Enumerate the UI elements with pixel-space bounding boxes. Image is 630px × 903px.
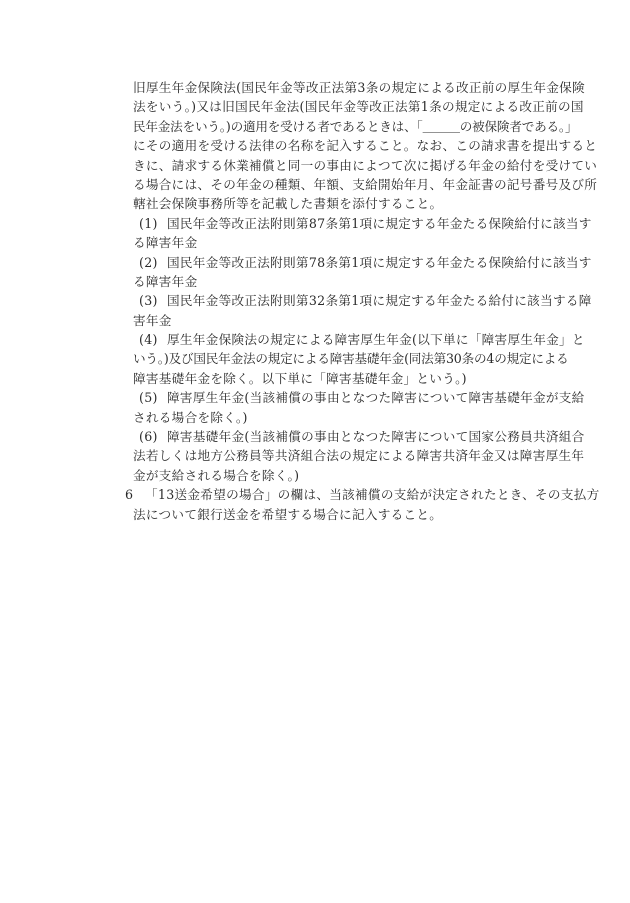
item-text: 厚生年金保険法の規定による障害厚生年金(以下単に「障害厚生年金」と xyxy=(167,332,585,347)
item-text: る障害年金 xyxy=(133,272,552,291)
text-line: きに、請求する休業補償と同一の事由によつて次に掲げる年金の給付を受けてい xyxy=(133,156,552,175)
item-text: 金が支給される場合を除く。) xyxy=(133,466,552,485)
item-text: る障害年金 xyxy=(133,233,552,252)
item-text: 国民年金等改正法附則第87条第1項に規定する年金たる保険給付に該当す xyxy=(167,216,592,231)
paragraph-text: 法について銀行送金を希望する場合に記入すること。 xyxy=(133,505,552,524)
paragraph-number: 6 xyxy=(125,485,133,504)
text-line: 旧厚生年金保険法(国民年金等改正法第3条の規定による改正前の厚生年金保険 xyxy=(133,78,552,97)
item-number: (5) xyxy=(133,388,167,407)
document-body: 旧厚生年金保険法(国民年金等改正法第3条の規定による改正前の厚生年金保険 法をい… xyxy=(133,78,552,524)
list-item-2: (2)国民年金等改正法附則第78条第1項に規定する年金たる保険給付に該当す る障… xyxy=(133,253,552,292)
item-text: いう。)及び国民年金法の規定による障害基礎年金(同法第30条の4の規定による xyxy=(133,349,552,368)
paragraph-text: 「13送金希望の場合」の欄は、当該補償の支給が決定されたとき、その支払方 xyxy=(133,487,600,502)
text-line: にその適用を受ける法律の名称を記入すること。なお、この請求書を提出すると xyxy=(133,136,552,155)
text-line: る場合には、その年金の種類、年額、支給開始年月、年金証書の記号番号及び所 xyxy=(133,175,552,194)
text-line: 轄社会保険事務所等を記載した書類を添付すること。 xyxy=(133,194,552,213)
list-item-4: (4)厚生年金保険法の規定による障害厚生年金(以下単に「障害厚生年金」と いう。… xyxy=(133,330,552,388)
intro-paragraph: 旧厚生年金保険法(国民年金等改正法第3条の規定による改正前の厚生年金保険 法をい… xyxy=(133,78,552,214)
list-item-6: (6)障害基礎年金(当該補償の事由となつた障害について国家公務員共済組合 法若し… xyxy=(133,427,552,485)
item-text: 国民年金等改正法附則第78条第1項に規定する年金たる保険給付に該当す xyxy=(167,255,592,270)
item-number: (6) xyxy=(133,427,167,446)
text-line: 民年金法をいう。)の適用を受ける者であるときは、「＿＿＿の被保険者である。」 xyxy=(133,117,552,136)
item-number: (2) xyxy=(133,253,167,272)
item-text: 障害厚生年金(当該補償の事由となつた障害について障害基礎年金が支給 xyxy=(167,390,585,405)
paragraph-6: 6 「13送金希望の場合」の欄は、当該補償の支給が決定されたとき、その支払方 法… xyxy=(133,485,552,524)
item-text: 法若しくは地方公務員等共済組合法の規定による障害共済年金又は障害厚生年 xyxy=(133,446,552,465)
item-text: 障害基礎年金(当該補償の事由となつた障害について国家公務員共済組合 xyxy=(167,429,585,444)
text-line: 法をいう。)又は旧国民年金法(国民年金等改正法第1条の規定による改正前の国 xyxy=(133,97,552,116)
item-text: 害年金 xyxy=(133,311,552,330)
pension-list: (1)国民年金等改正法附則第87条第1項に規定する年金たる保険給付に該当す る障… xyxy=(133,214,552,485)
list-item-1: (1)国民年金等改正法附則第87条第1項に規定する年金たる保険給付に該当す る障… xyxy=(133,214,552,253)
item-text: 障害基礎年金を除く。以下単に「障害基礎年金」という。) xyxy=(133,369,552,388)
item-text: 国民年金等改正法附則第32条第1項に規定する年金たる給付に該当する障 xyxy=(167,293,592,308)
item-text: される場合を除く。) xyxy=(133,408,552,427)
list-item-3: (3)国民年金等改正法附則第32条第1項に規定する年金たる給付に該当する障 害年… xyxy=(133,291,552,330)
item-number: (4) xyxy=(133,330,167,349)
item-number: (1) xyxy=(133,214,167,233)
list-item-5: (5)障害厚生年金(当該補償の事由となつた障害について障害基礎年金が支給 される… xyxy=(133,388,552,427)
item-number: (3) xyxy=(133,291,167,310)
